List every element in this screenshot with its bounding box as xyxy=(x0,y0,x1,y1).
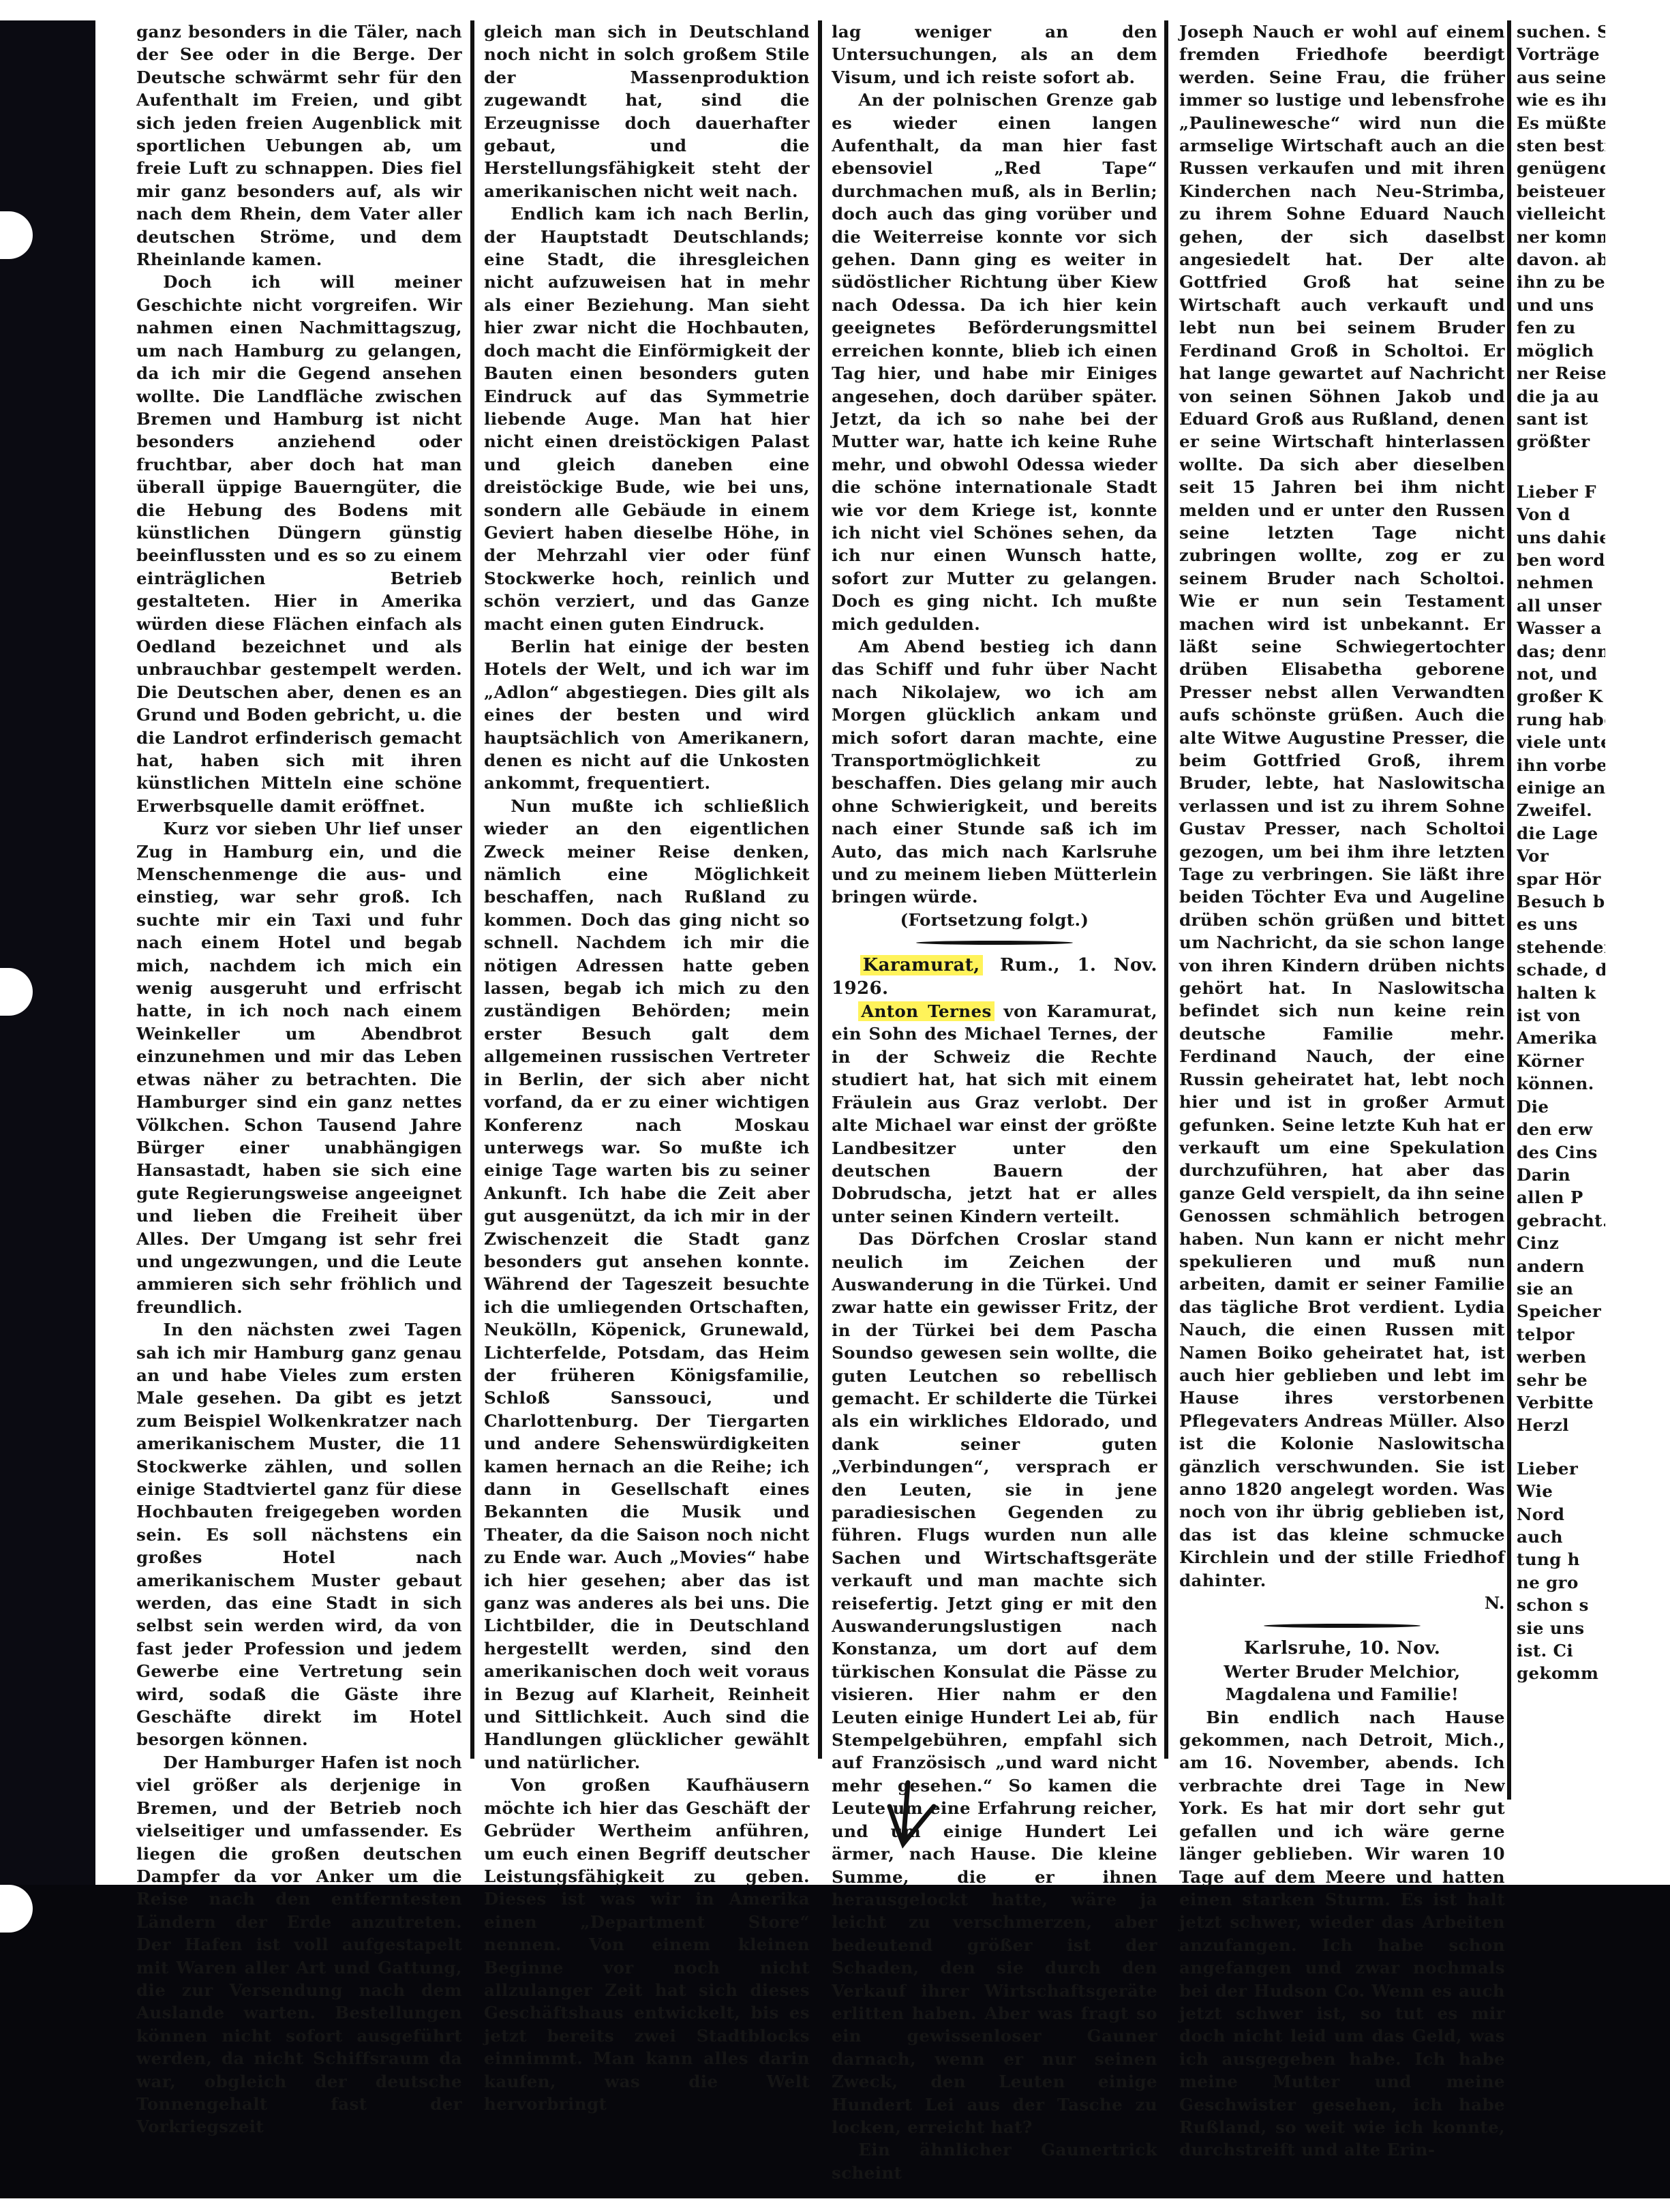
partial-line: ihn vorbe xyxy=(1517,754,1605,776)
partial-line: uns dahie xyxy=(1517,526,1605,549)
partial-line: Die xyxy=(1517,1095,1605,1118)
column-3: lag weniger an den Untersuchungen, als a… xyxy=(832,20,1157,2184)
paragraph: An der polnischen Grenze gab es wieder e… xyxy=(832,89,1157,635)
paragraph: ganz besonders in die Täler, nach der Se… xyxy=(136,20,462,271)
partial-line: es uns xyxy=(1517,913,1605,935)
partial-line: beisteuern xyxy=(1517,180,1605,202)
partial-line: werben xyxy=(1517,1346,1605,1368)
column-rule xyxy=(1164,20,1168,1759)
highlighted-name: Anton Ternes xyxy=(858,1001,995,1021)
partial-line: und uns xyxy=(1517,294,1605,316)
partial-line: gekomm xyxy=(1517,1662,1605,1684)
partial-line: Lieber F xyxy=(1517,481,1605,503)
section-divider xyxy=(916,941,1073,945)
paragraph: Nun mußte ich schließlich wieder an den … xyxy=(484,795,810,1774)
paragraph: Am Abend bestieg ich dann das Schiff und… xyxy=(832,635,1157,909)
highlighted-place: Karamurat, xyxy=(860,955,983,975)
paragraph: Der Hamburger Hafen ist noch viel größer… xyxy=(136,1751,462,2138)
partial-line: den erw xyxy=(1517,1118,1605,1140)
partial-line: Von d xyxy=(1517,503,1605,526)
partial-line: not, und xyxy=(1517,663,1605,685)
partial-line: die Lage xyxy=(1517,822,1605,845)
partial-line: größter xyxy=(1517,430,1605,453)
paragraph: In den nächsten zwei Tagen sah ich mir H… xyxy=(136,1318,462,1751)
partial-line: viele unte xyxy=(1517,731,1605,753)
partial-line: Es müßten xyxy=(1517,112,1605,134)
partial-line: einige an xyxy=(1517,776,1605,799)
partial-line: vielleicht a xyxy=(1517,202,1605,225)
partial-line: gebracht. xyxy=(1517,1209,1605,1232)
column-rule xyxy=(470,20,474,1759)
punch-hole xyxy=(0,968,33,1016)
newspaper-page: ganz besonders in die Täler, nach der Se… xyxy=(136,20,1670,1827)
paragraph: Das Dörfchen Croslar stand neulich im Ze… xyxy=(832,1228,1157,2138)
partial-line: fen zu xyxy=(1517,316,1605,339)
partial-line: telpor xyxy=(1517,1323,1605,1346)
article-dateline: Karamurat, Rum., 1. Nov. 1926. xyxy=(832,954,1157,1000)
partial-line: sant ist xyxy=(1517,408,1605,430)
article-lead: Anton Ternes von Karamurat, ein Sohn des… xyxy=(832,1000,1157,1228)
partial-line: Vor xyxy=(1517,845,1605,867)
column-1: ganz besonders in die Täler, nach der Se… xyxy=(136,20,462,2138)
partial-line: Cinz xyxy=(1517,1232,1605,1254)
partial-line: Speicher xyxy=(1517,1300,1605,1322)
paragraph: Doch ich will meiner Geschichte nicht vo… xyxy=(136,271,462,817)
paragraph: lag weniger an den Untersuchungen, als a… xyxy=(832,20,1157,89)
partial-line: Amerika xyxy=(1517,1027,1605,1049)
author-signature: N. xyxy=(1179,1592,1505,1614)
partial-line: andern xyxy=(1517,1255,1605,1277)
letter-salutation: Werter Bruder Melchior, Magdalena und Fa… xyxy=(1179,1661,1505,1706)
partial-line: des Cins xyxy=(1517,1141,1605,1164)
column-2: gleich man sich in Deutschland noch nich… xyxy=(484,20,810,2115)
partial-line: allen P xyxy=(1517,1186,1605,1209)
partial-line: das; denn xyxy=(1517,640,1605,663)
partial-line: sehr be xyxy=(1517,1369,1605,1391)
partial-line: schade, da xyxy=(1517,958,1605,981)
partial-line: möglich xyxy=(1517,339,1605,362)
punch-hole xyxy=(0,1885,33,1933)
paragraph: Joseph Nauch er wohl auf einem fremden F… xyxy=(1179,20,1505,1592)
paragraph: Ein ähnlicher Gaunertrick scheint xyxy=(832,2138,1157,2184)
partial-line: suchen. Sie xyxy=(1517,20,1605,43)
paragraph: gleich man sich in Deutschland noch nich… xyxy=(484,20,810,202)
partial-line: tung h xyxy=(1517,1548,1605,1571)
partial-line: Lieber xyxy=(1517,1457,1605,1480)
handwritten-arrow-icon xyxy=(886,1779,941,1854)
partial-line: ist von xyxy=(1517,1004,1605,1027)
column-rule xyxy=(818,20,822,1759)
partial-line: sie uns xyxy=(1517,1617,1605,1639)
partial-line: Herzl xyxy=(1517,1414,1605,1436)
partial-line: ist. Ci xyxy=(1517,1639,1605,1662)
section-divider xyxy=(1264,1624,1421,1628)
partial-line: ner komm xyxy=(1517,226,1605,248)
partial-line: ben word xyxy=(1517,549,1605,571)
scan-border-left xyxy=(0,20,95,1915)
partial-line: auch xyxy=(1517,1526,1605,1548)
partial-line: schon s xyxy=(1517,1594,1605,1616)
punch-hole xyxy=(0,211,33,259)
partial-line: sie an xyxy=(1517,1277,1605,1300)
partial-line: großer K xyxy=(1517,685,1605,708)
column-4: Joseph Nauch er wohl auf einem fremden F… xyxy=(1179,20,1505,2162)
partial-line: Wasser a xyxy=(1517,617,1605,639)
partial-line: Vorträge z xyxy=(1517,43,1605,65)
partial-line: Körner xyxy=(1517,1050,1605,1072)
partial-line: nehmen xyxy=(1517,571,1605,594)
paragraph: Bin endlich nach Hause gekommen, nach De… xyxy=(1179,1706,1505,2162)
paragraph: Von großen Kaufhäusern möchte ich hier d… xyxy=(484,1774,810,2115)
partial-line: können. xyxy=(1517,1072,1605,1095)
partial-line: all unser xyxy=(1517,594,1605,617)
paragraph: Kurz vor sieben Uhr lief unser Zug in Ha… xyxy=(136,817,462,1318)
column-5-partial: suchen. SieVorträge zaus seinemwie es ih… xyxy=(1517,20,1605,1685)
partial-line: davon. ab xyxy=(1517,248,1605,271)
partial-line: rung habe xyxy=(1517,708,1605,731)
continuation-note: (Fortsetzung folgt.) xyxy=(832,909,1157,931)
partial-line: ne gro xyxy=(1517,1571,1605,1594)
column-rule xyxy=(1507,20,1511,1800)
partial-line: wie es ihren xyxy=(1517,89,1605,111)
partial-line: Wie xyxy=(1517,1480,1605,1502)
partial-line: sten bestrit xyxy=(1517,134,1605,157)
partial-line: halten k xyxy=(1517,982,1605,1004)
letter-dateline: Karlsruhe, 10. Nov. xyxy=(1179,1637,1505,1660)
partial-line: Darin xyxy=(1517,1164,1605,1186)
partial-line: Besuch be xyxy=(1517,890,1605,913)
partial-line: ihn zu be xyxy=(1517,271,1605,293)
partial-line: aus seinem xyxy=(1517,66,1605,89)
lead-text: von Karamurat, ein Sohn des Michael Tern… xyxy=(832,1001,1157,1226)
partial-line: genügend xyxy=(1517,157,1605,179)
paragraph: Endlich kam ich nach Berlin, der Hauptst… xyxy=(484,202,810,635)
partial-line: Zweifel. xyxy=(1517,799,1605,821)
partial-line: spar Hör xyxy=(1517,868,1605,890)
partial-line: stehenden xyxy=(1517,936,1605,958)
partial-line: die ja au xyxy=(1517,385,1605,408)
partial-line: ner Reise xyxy=(1517,362,1605,384)
paragraph: Berlin hat einige der besten Hotels der … xyxy=(484,635,810,795)
partial-line: Verbitte xyxy=(1517,1391,1605,1414)
partial-line: Nord xyxy=(1517,1503,1605,1526)
